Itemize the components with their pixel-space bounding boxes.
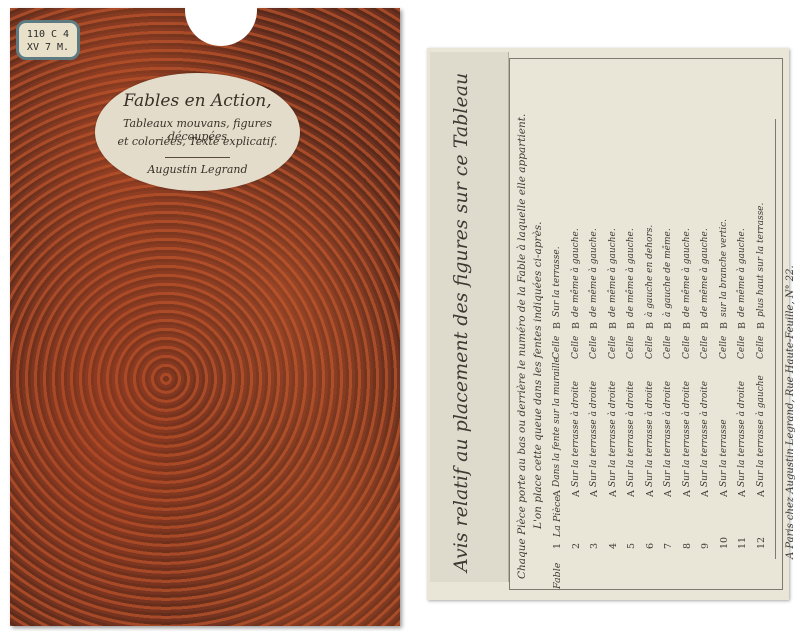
row-b: B bbox=[552, 322, 563, 329]
row-b: B bbox=[737, 322, 748, 329]
row-num: 3 bbox=[589, 543, 600, 549]
row-a_text: Sur la terrasse à droite bbox=[589, 381, 599, 487]
instruction-sheet: Avis relatif au placement des figures su… bbox=[427, 48, 789, 600]
row-b_text: de même à gauche. bbox=[700, 228, 710, 317]
row-celle: Celle bbox=[756, 336, 766, 359]
row-b: B bbox=[608, 322, 619, 329]
row-celle: Celle bbox=[645, 336, 655, 359]
row-a_text: Sur la terrasse à droite bbox=[663, 381, 673, 487]
row-b: B bbox=[571, 322, 582, 329]
row-celle: Celle bbox=[571, 336, 581, 359]
publisher-text: Augustin Legrand bbox=[95, 163, 300, 176]
row-a: A bbox=[663, 490, 674, 497]
row-num: 8 bbox=[682, 543, 693, 549]
title-text: Fables en Action, bbox=[95, 91, 300, 111]
intro-line1: Chaque Pièce porte au bas ou derrière le… bbox=[516, 114, 528, 579]
row-a_text: Sur la terrasse à droite bbox=[608, 381, 618, 487]
divider bbox=[165, 157, 230, 158]
row-b_text: Sur la terrasse. bbox=[552, 246, 562, 317]
row-b_text: de même à gauche. bbox=[608, 228, 618, 317]
imprint-footer: A Paris chez Augustin Legrand, Rue Haute… bbox=[785, 265, 796, 559]
row-celle: Celle bbox=[737, 336, 747, 359]
row-a: A bbox=[682, 490, 693, 497]
row-a: A bbox=[626, 490, 637, 497]
row-celle: Celle bbox=[608, 336, 618, 359]
row-b: B bbox=[663, 322, 674, 329]
row-b_text: de même à gauche. bbox=[589, 228, 599, 317]
row-num: 6 bbox=[645, 543, 656, 549]
row-a: A bbox=[700, 490, 711, 497]
row-b_text: de même à gauche. bbox=[682, 228, 692, 317]
row-a: A bbox=[608, 490, 619, 497]
row-num: 11 bbox=[737, 537, 748, 549]
row-a: A bbox=[552, 490, 563, 497]
inner-rule bbox=[775, 119, 776, 559]
row-num: 12 bbox=[756, 537, 767, 549]
row-celle: Celle bbox=[626, 336, 636, 359]
row-a_text: Sur la terrasse à droite bbox=[700, 381, 710, 487]
intro-line2: L'on place cette queue dans les fentes i… bbox=[532, 221, 544, 529]
row-a: A bbox=[571, 490, 582, 497]
row-num: 10 bbox=[719, 537, 730, 549]
row-num: 2 bbox=[571, 543, 582, 549]
title-label: Fables en Action, Tableaux mouvans, figu… bbox=[95, 73, 300, 191]
folded-flap: Avis relatif au placement des figures su… bbox=[430, 52, 509, 582]
row-b_text: de même à gauche. bbox=[571, 228, 581, 317]
row-a_text: Sur la terrasse à droite bbox=[626, 381, 636, 487]
row-b: B bbox=[700, 322, 711, 329]
row-b_text: de même à gauche. bbox=[626, 228, 636, 317]
shelf-label-line1: 110 C 4 bbox=[19, 28, 77, 41]
marbled-slipcase: 110 C 4 XV 7 M. Fables en Action, Tablea… bbox=[10, 8, 400, 626]
row-a: A bbox=[756, 490, 767, 497]
row-celle: Celle bbox=[719, 336, 729, 359]
row-num: 9 bbox=[700, 543, 711, 549]
row-piece: La Pièce bbox=[552, 496, 563, 537]
row-b: B bbox=[589, 322, 600, 329]
row-a_text: Sur la terrasse à droite bbox=[571, 381, 581, 487]
row-a_text: Sur la terrasse à droite bbox=[682, 381, 692, 487]
row-a: A bbox=[719, 490, 730, 497]
shelf-label-line2: XV 7 M. bbox=[19, 41, 77, 54]
row-a: A bbox=[737, 490, 748, 497]
row-b: B bbox=[682, 322, 693, 329]
row-b_text: de même à gauche. bbox=[737, 228, 747, 317]
row-b_text: à gauche de même. bbox=[663, 228, 673, 317]
row-celle: Celle bbox=[663, 336, 673, 359]
row-b: B bbox=[719, 322, 730, 329]
row-b_text: plus haut sur la terrasse. bbox=[756, 203, 766, 317]
thumb-notch bbox=[185, 6, 257, 46]
row-num: 4 bbox=[608, 543, 619, 549]
row-b: B bbox=[756, 322, 767, 329]
row-num: 5 bbox=[626, 543, 637, 549]
row-a_text: Dans la fente sur la muraille bbox=[552, 357, 562, 487]
row-a: A bbox=[645, 490, 656, 497]
printed-frame: Chaque Pièce porte au bas ou derrière le… bbox=[509, 58, 783, 590]
row-num: 1 bbox=[552, 543, 563, 549]
row-celle: Celle bbox=[552, 336, 562, 359]
row-celle: Celle bbox=[589, 336, 599, 359]
row-b_text: sur la branche vertic. bbox=[719, 219, 729, 317]
row-celle: Celle bbox=[682, 336, 692, 359]
row-num: 7 bbox=[663, 543, 674, 549]
shelf-label: 110 C 4 XV 7 M. bbox=[16, 20, 80, 60]
subtitle-line2: et coloriées, Texte explicatif. bbox=[95, 135, 300, 148]
row-a_text: Sur la terrasse à droite bbox=[645, 381, 655, 487]
row-celle: Celle bbox=[700, 336, 710, 359]
row-a_text: Sur la terrasse à droite bbox=[737, 381, 747, 487]
row-b_text: à gauche en dehors. bbox=[645, 225, 655, 317]
row-b: B bbox=[645, 322, 656, 329]
row-a: A bbox=[589, 490, 600, 497]
row-a_text: Sur la terrasse bbox=[719, 419, 729, 487]
fable-label: Fable bbox=[552, 563, 563, 589]
sheet-heading: Avis relatif au placement des figures su… bbox=[450, 73, 472, 572]
row-b: B bbox=[626, 322, 637, 329]
row-a_text: Sur la terrasse à gauche bbox=[756, 375, 766, 487]
